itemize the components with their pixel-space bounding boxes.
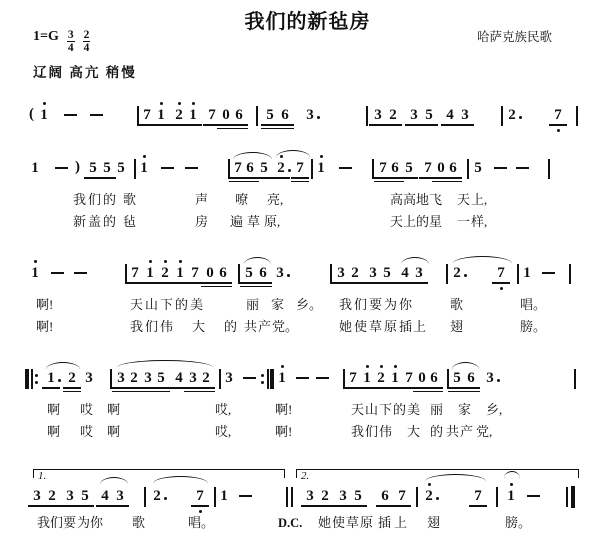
lyric-syllable: 啊! xyxy=(275,403,292,417)
lyric-syllable: 的 xyxy=(175,298,188,312)
note: 5 xyxy=(350,488,366,505)
barline xyxy=(569,264,571,284)
song-credit: 哈萨克族民歌 xyxy=(477,27,552,45)
note: 1 xyxy=(142,265,158,282)
duration-dash xyxy=(55,167,68,169)
dc-marking: D.C. xyxy=(278,516,302,530)
note: 1 xyxy=(216,488,232,505)
note: 3 xyxy=(112,488,128,505)
slur-arc xyxy=(276,150,310,159)
slur-arc xyxy=(401,257,429,266)
volta-bracket xyxy=(33,469,285,478)
time-signature-1-denominator: 4 xyxy=(67,42,75,54)
lyric-syllable: 样, xyxy=(471,215,487,229)
note: 2 xyxy=(317,488,333,505)
note: 3 xyxy=(411,265,427,282)
note: 7 xyxy=(187,265,203,282)
lyric-syllable: 上 xyxy=(403,215,416,229)
duration-dash xyxy=(339,167,352,169)
lyric-syllable: 原 xyxy=(360,516,373,530)
lyric-syllable: 产 xyxy=(258,320,271,334)
repeat-dots xyxy=(261,372,264,386)
lyric-syllable: 们 xyxy=(354,298,367,312)
lyric-syllable: 乡, xyxy=(486,403,502,417)
note: 3 xyxy=(370,107,386,124)
note: 7 xyxy=(470,488,486,505)
lyric-syllable: 声 xyxy=(195,193,208,207)
slur-arc xyxy=(233,152,272,161)
final-barline xyxy=(566,487,568,507)
lyric-syllable: 家 xyxy=(458,403,471,417)
repeat-close-barline xyxy=(267,369,269,389)
note: 2 xyxy=(449,265,465,282)
lyric-syllable: 的 xyxy=(103,215,116,229)
time-signature-1: 3 4 xyxy=(67,29,75,54)
note: 2 xyxy=(504,107,520,124)
repeat-dots xyxy=(35,372,38,386)
note: 1 xyxy=(172,265,188,282)
lyric-syllable: 的 xyxy=(416,215,429,229)
barline xyxy=(576,106,578,126)
lyric-syllable: 高 xyxy=(390,193,403,207)
lyric-syllable: 高 xyxy=(403,193,416,207)
octave-dot-high xyxy=(380,365,383,368)
lyric-syllable: 啊! xyxy=(36,298,53,312)
barline xyxy=(110,369,112,389)
octave-dot-low xyxy=(557,129,560,132)
duration-dash xyxy=(316,377,329,379)
note: 6 xyxy=(377,488,393,505)
lyric-syllable: 她 xyxy=(318,516,331,530)
note: 7 xyxy=(550,107,566,124)
note: 5 xyxy=(256,160,272,177)
lyric-syllable: 们 xyxy=(50,516,63,530)
lyric-syllable: 她 xyxy=(339,320,352,334)
lyric-syllable: 乡。 xyxy=(296,298,322,312)
octave-dot-high xyxy=(320,155,323,158)
note: 2 xyxy=(347,265,363,282)
time-signature-1-numerator: 3 xyxy=(67,29,75,42)
lyric-syllable: 的 xyxy=(393,403,406,417)
barline xyxy=(238,264,240,284)
lyric-syllable: 歌 xyxy=(132,516,145,530)
barline xyxy=(330,264,332,284)
note: 2 xyxy=(44,488,60,505)
note: 3 xyxy=(406,107,422,124)
lyric-syllable: 啊 xyxy=(107,425,120,439)
lyric-syllable: 唱。 xyxy=(188,516,214,530)
note: 2 xyxy=(385,107,401,124)
augmentation-dot xyxy=(288,169,291,172)
duration-dash xyxy=(51,272,64,274)
lyric-syllable: 天 xyxy=(457,193,470,207)
lyric-syllable: 的 xyxy=(103,193,116,207)
lyric-syllable: 哎 xyxy=(80,403,93,417)
lyric-syllable: 啊 xyxy=(47,425,60,439)
augmentation-dot xyxy=(464,274,467,277)
augmentation-dot xyxy=(436,497,439,500)
lyric-syllable: 翅 xyxy=(450,320,463,334)
note: 6 xyxy=(463,370,479,387)
lyric-syllable: 哎, xyxy=(215,425,231,439)
barline xyxy=(574,369,576,389)
duration-dash xyxy=(516,167,529,169)
lyric-syllable: 上 xyxy=(394,516,407,530)
lyric-syllable: 大 xyxy=(192,320,205,334)
note: 5 xyxy=(421,107,437,124)
lyric-syllable: 我 xyxy=(339,298,352,312)
note: 3 xyxy=(302,488,318,505)
note: 3 xyxy=(482,370,498,387)
lyric-syllable: 伟 xyxy=(379,425,392,439)
lyric-syllable: 歌 xyxy=(450,298,463,312)
lyric-syllable: 啊! xyxy=(36,320,53,334)
lyric-syllable: 党, xyxy=(476,425,492,439)
volta-label: 1. xyxy=(38,471,46,482)
lyric-syllable: 山 xyxy=(145,298,158,312)
time-signature-2-numerator: 2 xyxy=(83,29,91,42)
note: 3 xyxy=(272,265,288,282)
augmentation-dot xyxy=(287,274,290,277)
barline xyxy=(548,159,550,179)
note: 2 xyxy=(149,488,165,505)
section-double-bar xyxy=(291,487,293,507)
lyric-syllable: 山 xyxy=(365,403,378,417)
section-double-bar xyxy=(286,487,288,507)
lyric-syllable: 地 xyxy=(416,193,429,207)
note: 3 xyxy=(29,488,45,505)
note: 1 xyxy=(136,160,152,177)
note: 2 xyxy=(273,160,289,177)
slur-arc xyxy=(453,256,512,265)
lyric-syllable: 共 xyxy=(446,425,459,439)
barline xyxy=(467,159,469,179)
note: 3 xyxy=(457,107,473,124)
barline xyxy=(144,487,146,507)
lyric-syllable: 的 xyxy=(224,320,237,334)
lyric-syllable: 上 xyxy=(413,320,426,334)
lyric-syllable: 一 xyxy=(457,215,470,229)
note: 6 xyxy=(277,107,293,124)
lyric-syllable: 膀。 xyxy=(505,516,531,530)
note: 3 xyxy=(62,488,78,505)
note: 1 xyxy=(43,370,59,387)
lyric-syllable: 原, xyxy=(264,215,280,229)
note: 3 xyxy=(302,107,318,124)
note: 6 xyxy=(445,160,461,177)
duration-dash xyxy=(185,167,198,169)
note: 7 xyxy=(192,488,208,505)
volta-bracket xyxy=(296,469,579,478)
lyric-syllable: 天 xyxy=(390,215,403,229)
lyric-syllable: 上, xyxy=(471,193,487,207)
lyric-syllable: 要 xyxy=(63,516,76,530)
lyric-syllable: 草 xyxy=(346,516,359,530)
note: 1 xyxy=(27,265,43,282)
duration-dash xyxy=(74,272,87,274)
lyric-syllable: 你 xyxy=(399,298,412,312)
note: 2 xyxy=(421,488,437,505)
barline xyxy=(256,106,258,126)
volta-label: 2. xyxy=(301,471,309,482)
parenthesis: ( xyxy=(29,106,34,123)
octave-dot-high xyxy=(428,483,431,486)
repeat-open-barline xyxy=(25,369,29,389)
augmentation-dot xyxy=(164,497,167,500)
lyric-syllable: 飞 xyxy=(429,193,442,207)
lyric-syllable: 你 xyxy=(90,516,103,530)
note: 1 xyxy=(274,370,290,387)
lyric-syllable: 为 xyxy=(384,298,397,312)
note: 3 xyxy=(221,370,237,387)
octave-dot-low xyxy=(500,287,503,290)
lyric-syllable: 为 xyxy=(77,516,90,530)
octave-dot-high xyxy=(192,102,195,105)
lyric-syllable: 们 xyxy=(88,193,101,207)
lyric-syllable: 使 xyxy=(354,320,367,334)
lyric-syllable: 丽 xyxy=(430,403,443,417)
lyric-syllable: 使 xyxy=(332,516,345,530)
lyric-syllable: 的 xyxy=(430,425,443,439)
lyric-syllable: 原 xyxy=(384,320,397,334)
barline xyxy=(496,487,498,507)
barline xyxy=(501,106,503,126)
duration-dash xyxy=(90,114,103,116)
duration-dash xyxy=(161,167,174,169)
note: 4 xyxy=(442,107,458,124)
augmentation-dot xyxy=(497,379,500,382)
lyric-syllable: 啊 xyxy=(47,403,60,417)
octave-dot-high xyxy=(149,260,152,263)
octave-dot-high xyxy=(394,365,397,368)
lyric-syllable: 我 xyxy=(351,425,364,439)
octave-dot-high xyxy=(160,102,163,105)
augmentation-dot xyxy=(519,116,522,119)
lyric-syllable: 伟 xyxy=(160,320,173,334)
lyric-syllable: 丽 xyxy=(246,298,259,312)
lyric-syllable: 下 xyxy=(379,403,392,417)
lyric-syllable: 哎 xyxy=(80,425,93,439)
lyric-syllable: 盖 xyxy=(88,215,101,229)
slur-arc xyxy=(46,362,80,371)
octave-dot-high xyxy=(366,365,369,368)
note: 5 xyxy=(401,160,417,177)
lyric-syllable: 们 xyxy=(145,320,158,334)
augmentation-dot xyxy=(317,116,320,119)
note: 1 xyxy=(36,107,52,124)
lyric-syllable: 天 xyxy=(130,298,143,312)
lyric-syllable: 哎, xyxy=(215,403,231,417)
note: 2 xyxy=(64,370,80,387)
lyric-syllable: 党。 xyxy=(272,320,298,334)
lyric-syllable: 翅 xyxy=(427,516,440,530)
octave-dot-high xyxy=(43,102,46,105)
lyric-syllable: 插 xyxy=(378,516,391,530)
duration-dash xyxy=(542,272,555,274)
octave-dot-high xyxy=(179,260,182,263)
lyric-syllable: 家 xyxy=(271,298,284,312)
barline xyxy=(366,106,368,126)
lyric-syllable: 们 xyxy=(365,425,378,439)
lyric-syllable: 房 xyxy=(195,215,208,229)
duration-dash xyxy=(243,377,256,379)
note: 3 xyxy=(335,488,351,505)
lyric-syllable: 我 xyxy=(73,193,86,207)
note: 2 xyxy=(198,370,214,387)
lyric-syllable: 新 xyxy=(73,215,86,229)
lyric-syllable: 美 xyxy=(190,298,203,312)
note: 5 xyxy=(470,160,486,177)
note: 6 xyxy=(215,265,231,282)
lyric-syllable: 遍 xyxy=(230,215,243,229)
slur-arc xyxy=(100,477,128,486)
lyric-syllable: 亮, xyxy=(267,193,283,207)
lyric-syllable: 美 xyxy=(407,403,420,417)
duration-dash xyxy=(64,114,77,116)
note: 1 xyxy=(153,107,169,124)
lyric-syllable: 嘹 xyxy=(235,193,248,207)
tempo-marking: 辽阔 高亢 稍慢 xyxy=(33,61,137,81)
time-signature-2: 2 4 xyxy=(83,29,91,54)
lyric-syllable: 产 xyxy=(460,425,473,439)
note: 5 xyxy=(77,488,93,505)
note: 7 xyxy=(127,265,143,282)
lyric-syllable: 下 xyxy=(160,298,173,312)
barline xyxy=(446,264,448,284)
note: 1 xyxy=(503,488,519,505)
lyric-syllable: 歌 xyxy=(123,193,136,207)
lyric-syllable: 星 xyxy=(429,215,442,229)
duration-dash xyxy=(494,167,507,169)
barline xyxy=(416,487,418,507)
slur-arc xyxy=(452,362,479,371)
lyric-syllable: 我 xyxy=(130,320,143,334)
note: 6 xyxy=(255,265,271,282)
duration-dash xyxy=(239,495,252,497)
duration-dash xyxy=(527,495,540,497)
barline xyxy=(372,159,374,179)
lyric-syllable: 插 xyxy=(399,320,412,334)
lyric-syllable: 膀。 xyxy=(520,320,546,334)
lyric-syllable: 我 xyxy=(37,516,50,530)
note: 5 xyxy=(113,160,129,177)
time-signature-2-denominator: 4 xyxy=(83,42,91,54)
lyric-syllable: 草 xyxy=(369,320,382,334)
duration-dash xyxy=(296,377,309,379)
key-label: 1=G xyxy=(33,29,59,45)
note: 6 xyxy=(426,370,442,387)
octave-dot-high xyxy=(164,260,167,263)
note: 7 xyxy=(394,488,410,505)
lyric-syllable: 要 xyxy=(369,298,382,312)
lyric-syllable: 共 xyxy=(244,320,257,334)
sheet-music-page: 我们的新毡房 哈萨克族民歌 1=G 3 4 2 4 辽阔 高亢 稍慢 (1712… xyxy=(0,0,615,544)
note: 3 xyxy=(81,370,97,387)
note: 2 xyxy=(157,265,173,282)
note: 1 xyxy=(27,160,43,177)
octave-dot-low xyxy=(199,510,202,513)
octave-dot-high xyxy=(143,155,146,158)
note: 5 xyxy=(379,265,395,282)
lyric-syllable: 啊! xyxy=(275,425,292,439)
note: 1 xyxy=(313,160,329,177)
note: 1 xyxy=(185,107,201,124)
note: 1 xyxy=(519,265,535,282)
augmentation-dot xyxy=(58,379,61,382)
repeat-open-barline xyxy=(31,369,33,389)
lyric-syllable: 草 xyxy=(247,215,260,229)
lyric-syllable: 唱。 xyxy=(520,298,546,312)
octave-dot-high xyxy=(510,483,513,486)
slur-arc xyxy=(117,360,213,369)
note: 5 xyxy=(153,370,169,387)
note: 7 xyxy=(493,265,509,282)
lyric-syllable: 毡 xyxy=(123,215,136,229)
parenthesis: ) xyxy=(75,159,80,176)
lyric-syllable: 大 xyxy=(407,425,420,439)
note: 6 xyxy=(231,107,247,124)
octave-dot-high xyxy=(281,365,284,368)
note: 5 xyxy=(262,107,278,124)
lyric-syllable: 啊 xyxy=(107,403,120,417)
slur-arc xyxy=(244,257,271,266)
note: 4 xyxy=(97,488,113,505)
lyric-syllable: 天 xyxy=(351,403,364,417)
key-signature: 1=G 3 4 2 4 xyxy=(33,29,90,54)
note: 7 xyxy=(292,160,308,177)
final-barline xyxy=(571,486,575,508)
octave-dot-high xyxy=(178,102,181,105)
octave-dot-high xyxy=(34,260,37,263)
